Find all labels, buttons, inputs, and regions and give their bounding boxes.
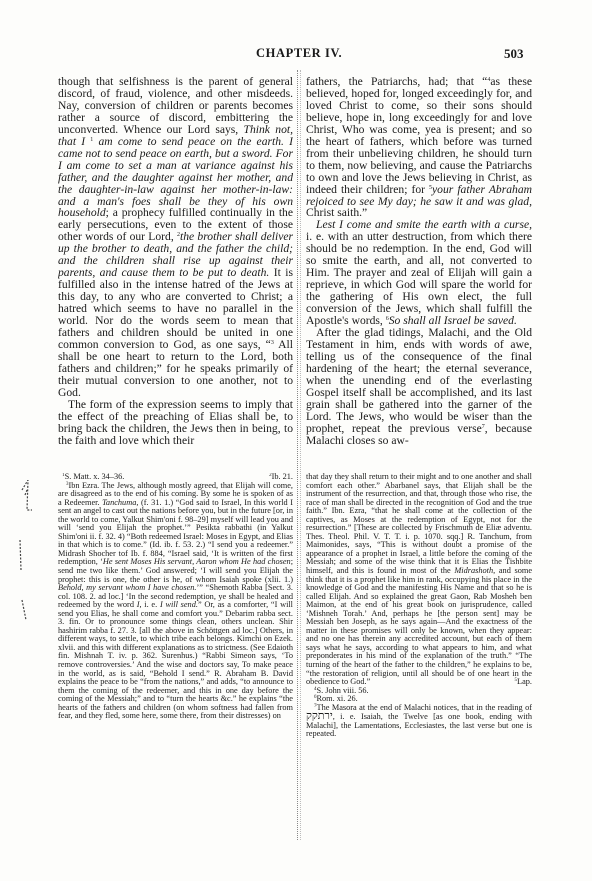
left-column-body: though that selfishness is the parent of… <box>58 76 293 462</box>
left-footnotes: 1S. Matt. x. 34–36. 2Ib. 21. 3Ibn Ezra. … <box>58 473 293 808</box>
running-header: CHAPTER IV. 503 <box>0 46 592 66</box>
paragraph: The form of the expression seems to impl… <box>58 399 293 447</box>
paragraph: though that selfishness is the parent of… <box>58 76 293 399</box>
right-column-body: fathers, the Patriarchs, had; that “4as … <box>306 76 532 462</box>
footnote-7: 7The Masora at the end of Malachi notice… <box>306 704 532 739</box>
footnote-3-continued: that day they shall return to their migh… <box>306 473 532 687</box>
column-divider <box>297 70 299 840</box>
chapter-title: CHAPTER IV. <box>256 46 342 61</box>
paragraph: fathers, the Patriarchs, had; that “4as … <box>306 76 532 219</box>
margin-pencil-mark <box>12 480 32 630</box>
paragraph: Lest I come and smite the earth with a c… <box>306 219 532 327</box>
paragraph: After the glad tidings, Malachi, and the… <box>306 327 532 447</box>
footnote-5: 5Lap. <box>515 678 532 687</box>
page-number: 503 <box>504 46 524 62</box>
column-divider-inner <box>300 70 302 840</box>
right-footnotes: that day they shall return to their migh… <box>306 473 532 818</box>
footnote-3: 3Ibn Ezra. The Jews, although mostly agr… <box>58 482 293 721</box>
